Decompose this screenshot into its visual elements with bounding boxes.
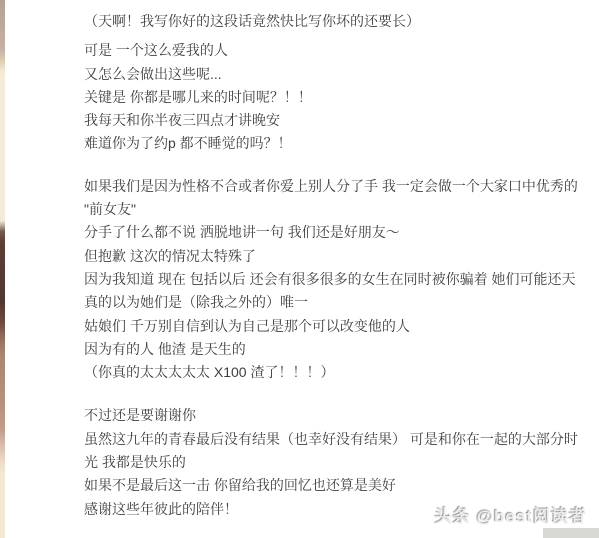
text-line: 如果我们是因为性格不合或者你爱上别人分了手 我一定会做一个大家口中优秀的 [84, 175, 599, 198]
text-line: 真的以为她们是（除我之外的）唯一 [84, 291, 599, 314]
text-line: 不过还是要谢谢你 [84, 404, 599, 427]
text-line: 光 我都是快乐的 [84, 451, 599, 474]
text-line: 我每天和你半夜三四点才讲晚安 [84, 109, 599, 132]
text-line: 如果不是最后这一击 你留给我的回忆也还算是美好 [84, 474, 599, 497]
text-line: 但抱歉 这次的情况太特殊了 [84, 245, 599, 268]
paragraph: 如果我们是因为性格不合或者你爱上别人分了手 我一定会做一个大家口中优秀的"前女友… [84, 175, 599, 385]
text-line: 可是 一个这么爱我的人 [84, 39, 599, 62]
text-line: 分手了什么都不说 洒脱地讲一句 我们还是好朋友～ [84, 221, 599, 244]
text-line: 关键是 你都是哪儿来的时间呢？！！ [84, 86, 599, 109]
paragraph: （天啊！我写你好的这段话竟然快比写你坏的还要长） [84, 10, 599, 33]
text-line: 因为有的人 他渣 是天生的 [84, 338, 599, 361]
next-image-corner [543, 528, 599, 538]
text-line: （天啊！我写你好的这段话竟然快比写你坏的还要长） [84, 10, 599, 33]
text-line: 虽然这九年的青春最后没有结果（也幸好没有结果） 可是和你在一起的大部分时 [84, 428, 599, 451]
text-line: "前女友" [84, 198, 599, 221]
adjacent-photo-sliver [0, 0, 5, 538]
text-line: 姑娘们 千万别自信到认为自己是那个可以改变他的人 [84, 315, 599, 338]
article-page: （天啊！我写你好的这段话竟然快比写你坏的还要长）可是 一个这么爱我的人又怎么会做… [0, 0, 599, 538]
toutiao-watermark: 头条 @best阅读者 [435, 502, 587, 527]
text-line: 因为我知道 现在 包括以后 还会有很多很多的女生在同时被你骗着 她们可能还天 [84, 268, 599, 291]
text-line: （你真的太太太太太 X100 渣了！！！） [84, 361, 599, 384]
article-text: （天啊！我写你好的这段话竟然快比写你坏的还要长）可是 一个这么爱我的人又怎么会做… [84, 10, 599, 521]
paragraph: 可是 一个这么爱我的人又怎么会做出这些呢...关键是 你都是哪儿来的时间呢？！！… [84, 39, 599, 155]
text-line: 难道你为了约p 都不睡觉的吗？！ [84, 132, 599, 155]
text-line: 又怎么会做出这些呢... [84, 63, 599, 86]
